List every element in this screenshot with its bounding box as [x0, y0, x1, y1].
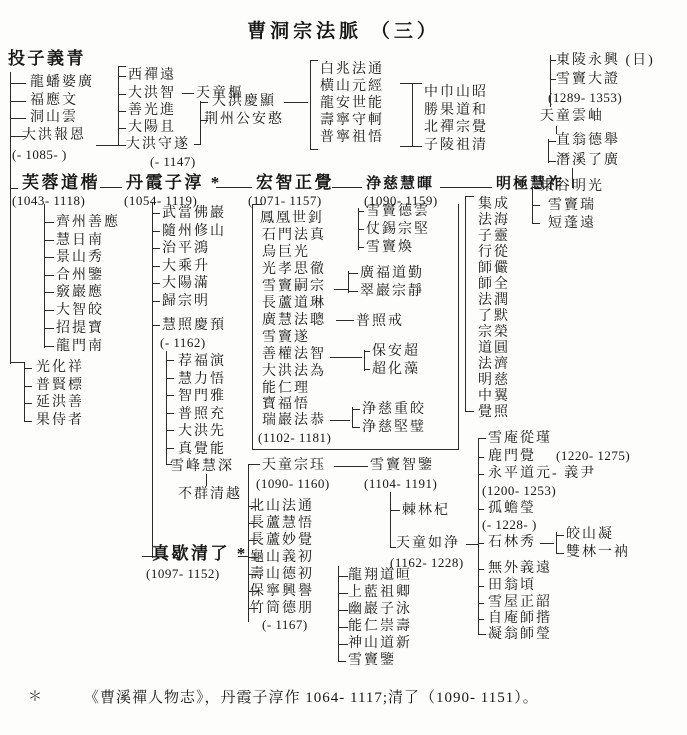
connector-line	[550, 83, 551, 107]
person-node: 天童如浄	[396, 536, 460, 551]
connector-line	[248, 464, 260, 465]
connector-line	[166, 413, 174, 414]
person-node: 大陽且	[128, 120, 176, 135]
person-node: 雪竇嗣宗	[262, 279, 326, 294]
connector-line	[166, 448, 174, 449]
person-node: 竅巖應	[56, 285, 104, 300]
connector-line	[10, 136, 26, 137]
person-node: 福應文	[30, 93, 78, 108]
person-node: 大洪守遂	[126, 137, 190, 152]
person-node: 慧日南	[56, 233, 104, 248]
connector-line	[24, 368, 32, 369]
connector-line	[478, 438, 479, 634]
connector-line	[540, 543, 554, 544]
person-node: 廣福道勤	[360, 266, 424, 281]
person-node: 法濟	[478, 357, 510, 372]
person-node: 雪峰慧深	[170, 459, 234, 474]
person-node: 大洪先	[178, 424, 226, 439]
person-node: 雙林一衲	[566, 545, 630, 560]
connector-line	[152, 266, 160, 267]
connector-line	[118, 145, 126, 146]
connector-line	[478, 634, 486, 635]
person-node: 雪竇德雲	[366, 204, 430, 219]
person-node: 大洪智	[128, 86, 176, 101]
person-node: 大智皎	[56, 303, 104, 318]
person-node: 普寧祖悟	[320, 130, 384, 145]
connector-line	[96, 145, 118, 146]
connector-line	[458, 204, 459, 450]
person-node: 西禪遠	[128, 68, 176, 83]
connector-line	[248, 464, 249, 622]
person-node: 幽巖子泳	[348, 602, 412, 617]
connector-line	[284, 102, 308, 103]
connector-line	[44, 240, 54, 241]
person-node: 上藍祖卿	[348, 585, 412, 600]
connector-line	[352, 407, 353, 428]
connector-line	[478, 543, 484, 544]
connector-line	[352, 427, 360, 428]
connector-line	[142, 556, 152, 557]
person-node: 龍門南	[56, 339, 104, 354]
person-node: 雪竇遂	[262, 330, 310, 345]
person-node: 潛溪了廣	[556, 153, 620, 168]
connector-line	[465, 411, 474, 412]
connector-line	[338, 576, 348, 577]
connector-line	[338, 566, 339, 662]
date-label: (1090- 1160)	[256, 477, 330, 491]
person-node: 普照戒	[356, 314, 404, 329]
person-node: 無外義遠	[488, 561, 552, 576]
connector-line	[478, 619, 484, 620]
person-node: 北山法通	[250, 499, 314, 514]
person-node: 孤蟾瑩	[488, 501, 536, 516]
connector-line	[206, 474, 207, 486]
person-node: 棘林杞	[402, 503, 450, 518]
connector-line	[248, 557, 258, 558]
connector-line	[390, 510, 400, 511]
connector-line	[548, 161, 556, 162]
connector-line	[532, 205, 540, 206]
connector-line	[24, 421, 32, 422]
connector-line	[44, 204, 45, 348]
connector-line	[412, 146, 422, 147]
connector-line	[478, 603, 484, 604]
connector-line	[248, 540, 258, 541]
connector-line	[364, 351, 370, 352]
connector-line	[118, 94, 126, 95]
connector-line	[478, 586, 484, 587]
person-node: 雪竇智鑒	[370, 458, 434, 473]
person-node: 翠巖宗靜	[360, 284, 424, 299]
person-node: 長蘆妙覺	[250, 533, 314, 548]
connector-line	[330, 420, 350, 421]
connector-line	[358, 247, 364, 248]
person-node: 東陵永興 (日)	[556, 53, 655, 68]
person-node: 慧力悟	[178, 372, 226, 387]
person-node: 北禪宗覺	[424, 120, 488, 135]
person-node: 永平道元- 義尹	[488, 466, 596, 481]
connector-line	[44, 222, 54, 223]
person-node: 隨州修山	[162, 224, 226, 239]
connector-line	[10, 72, 11, 364]
connector-line	[310, 60, 311, 150]
connector-line	[118, 66, 126, 67]
person-node: 保寧興譽	[250, 584, 314, 599]
connector-line	[166, 360, 174, 361]
connector-line	[152, 325, 160, 326]
person-node: 田翁頃	[488, 578, 536, 593]
person-node: 龍翔道晅	[348, 568, 412, 583]
person-node: 浄慈堅璧	[362, 420, 426, 435]
person-node: 龍蟠婆廣	[30, 75, 94, 90]
connector-line	[390, 547, 396, 548]
connector-line	[100, 187, 122, 188]
connector-line	[182, 93, 194, 94]
connector-line	[338, 661, 346, 662]
connector-line	[118, 76, 126, 77]
connector-line	[400, 146, 412, 147]
connector-line	[118, 66, 119, 146]
connector-line	[194, 144, 200, 145]
footnote-asterisk: ＊	[28, 686, 42, 706]
person-node: 壽山德初	[250, 567, 314, 582]
person-node: 子靈	[478, 229, 510, 244]
footnote-text: 《曹溪禪人物志》，丹霞子淳作 1064- 1117;清了（1090- 1151）…	[84, 686, 539, 707]
person-node: 雪庵從瑾	[488, 431, 552, 446]
connector-line	[310, 60, 318, 61]
person-node: 鹿門覺	[488, 449, 536, 464]
person-node: 集成	[478, 197, 510, 212]
connector-line	[10, 362, 24, 363]
connector-line	[352, 409, 360, 410]
person-node: 超化藻	[372, 362, 420, 377]
person-node: 荐福演	[178, 354, 226, 369]
person-node: 浄慈重皎	[362, 402, 426, 417]
connector-line	[118, 111, 126, 112]
date-label: (- 1228- )	[482, 518, 537, 532]
person-node: 普賢標	[36, 378, 84, 393]
connector-line	[478, 474, 484, 475]
person-node: 天童雲岫	[540, 109, 604, 124]
person-node: 凝翁師瑩	[488, 627, 552, 642]
person-node: 廣慧法聰	[262, 313, 326, 328]
connector-line	[152, 283, 160, 284]
person-node: 果侍者	[36, 413, 84, 428]
connector-line	[248, 523, 258, 524]
connector-line	[348, 291, 358, 292]
connector-line	[44, 275, 54, 276]
connector-line	[152, 248, 160, 249]
connector-line	[118, 128, 126, 129]
connector-line	[166, 464, 172, 465]
connector-line	[364, 350, 365, 371]
person-node: 荆州公安憨	[204, 112, 284, 127]
person-node: 大乘升	[162, 259, 210, 274]
connector-line	[10, 118, 26, 119]
person-node: 真覺能	[178, 442, 226, 457]
date-label: (1043- 1118)	[12, 194, 85, 208]
connector-line	[330, 357, 362, 358]
person-node: 雪屋正韶	[488, 595, 552, 610]
person-node: 歸宗明	[162, 294, 210, 309]
date-label: (- 1162)	[160, 336, 206, 350]
person-node: 竹筒德朋	[250, 601, 314, 616]
person-node: 法海	[478, 213, 510, 228]
connector-line	[152, 231, 160, 232]
person-node: 雪竇鑒	[348, 653, 396, 668]
person-node: 中翼	[478, 389, 510, 404]
connector-line	[556, 126, 557, 134]
connector-line	[248, 506, 258, 507]
lineage-chart: 曹洞宗法脈 （三） 投子義青龍蟠婆廣福應文洞山雲大洪報恩(- 1085- )西禪…	[0, 0, 687, 735]
person-node: 師全	[478, 277, 510, 292]
person-node: 短蓬遠	[548, 216, 596, 231]
connector-line	[252, 204, 253, 450]
date-label: (1097- 1152)	[146, 567, 220, 581]
page-title: 曹洞宗法脈 （三）	[0, 16, 687, 43]
connector-line	[478, 438, 486, 439]
connector-line	[466, 544, 478, 545]
connector-line	[248, 608, 258, 609]
person-node: 長蘆慧悟	[250, 516, 314, 531]
person-node: 延洪善	[36, 395, 84, 410]
connector-line	[332, 187, 362, 188]
person-node: 智門雅	[178, 389, 226, 404]
connector-line	[44, 257, 54, 258]
person-node: 龜山義初	[250, 550, 314, 565]
date-label: (1104- 1191)	[364, 477, 437, 491]
person-node: 長蘆道琳	[262, 296, 326, 311]
connector-line	[548, 139, 549, 163]
person-node: 大洪報恩	[22, 128, 86, 143]
connector-line	[532, 223, 540, 224]
person-node: 白兆法通	[320, 62, 384, 77]
connector-line	[338, 610, 348, 611]
person-node: 石林秀	[488, 535, 536, 550]
person-node: 浄慈慧暉	[366, 176, 434, 193]
person-node: 師儼	[478, 261, 510, 276]
person-node: 治平鴻	[162, 241, 210, 256]
connector-line	[248, 591, 258, 592]
date-label: (1200- 1253)	[482, 484, 556, 498]
person-node: 了默	[478, 309, 510, 324]
connector-line	[478, 509, 484, 510]
person-node: 道圓	[478, 341, 510, 356]
connector-line	[166, 395, 174, 396]
connector-line	[24, 386, 32, 387]
person-node: 景山秀	[56, 250, 104, 265]
person-node: 行從	[478, 245, 510, 260]
person-node: 雪竇大證	[556, 72, 620, 87]
person-node: 丹霞子淳 *	[126, 174, 222, 193]
connector-line	[248, 574, 258, 575]
person-node: 武當佛巖	[162, 206, 226, 221]
date-label: (- 1147)	[150, 155, 196, 169]
connector-line	[152, 213, 160, 214]
connector-line	[334, 289, 348, 290]
date-label: (- 1085- )	[12, 148, 67, 162]
connector-line	[336, 320, 354, 321]
date-label: (1071- 1157)	[248, 194, 322, 208]
connector-line	[550, 79, 556, 80]
person-node: 壽寧守軻	[320, 113, 384, 128]
person-node: 石門法真	[262, 228, 326, 243]
connector-line	[478, 457, 484, 458]
person-node: 寶福悟	[262, 397, 310, 412]
connector-line	[358, 229, 364, 230]
connector-line	[465, 196, 466, 412]
person-node: 勝果道和	[424, 103, 488, 118]
connector-line	[412, 83, 422, 84]
person-node: 保安超	[372, 344, 420, 359]
connector-line	[166, 378, 174, 379]
connector-line	[532, 187, 540, 188]
connector-line	[216, 187, 252, 188]
connector-line	[152, 301, 160, 302]
person-node: 直翁德舉	[556, 133, 620, 148]
person-node: 横山元經	[320, 79, 384, 94]
person-node: 皎山凝	[566, 527, 614, 542]
connector-line	[364, 369, 370, 370]
connector-line	[10, 101, 26, 102]
connector-line	[556, 553, 564, 554]
person-node: 宏智正覺	[256, 174, 334, 193]
person-node: 光孝思徹	[262, 262, 326, 277]
person-node: 善光進	[128, 103, 176, 118]
person-node: 宗榮	[478, 325, 510, 340]
person-node: 光化祥	[36, 360, 84, 375]
person-node: 真歇清了 *	[152, 545, 248, 564]
connector-line	[24, 403, 32, 404]
connector-line	[44, 292, 54, 293]
connector-line	[252, 204, 262, 205]
connector-line	[390, 492, 391, 548]
person-node: 洞山雲	[30, 110, 78, 125]
person-node: 芙蓉道楷	[22, 174, 100, 193]
person-node: 合州鑒	[56, 268, 104, 283]
connector-line	[200, 101, 201, 145]
connector-line	[338, 593, 348, 594]
connector-line	[44, 310, 54, 311]
date-label: (1102- 1181)	[258, 431, 331, 445]
person-node: 神山道新	[348, 636, 412, 651]
connector-line	[10, 188, 18, 189]
connector-line	[412, 83, 413, 147]
connector-line	[10, 83, 26, 84]
person-node: 子陵祖清	[424, 138, 488, 153]
person-node: 自庵師揩	[488, 611, 552, 626]
connector-line	[348, 271, 349, 293]
person-node: 法潤	[478, 293, 510, 308]
connector-line	[152, 202, 153, 558]
connector-line	[440, 187, 492, 188]
connector-line	[338, 644, 348, 645]
person-node: 能仁理	[262, 381, 310, 396]
connector-line	[252, 449, 459, 450]
connector-line	[166, 430, 174, 431]
connector-line	[348, 273, 358, 274]
person-node: 大洪法為	[262, 364, 326, 379]
date-label: (- 1167)	[262, 618, 308, 632]
person-node: 烏巨光	[262, 245, 310, 260]
person-node: 明慈	[478, 373, 510, 388]
person-node: 投子義青	[8, 50, 86, 69]
person-node: 天童宗珏	[262, 458, 326, 473]
person-node: 雪竇瑞	[548, 198, 596, 213]
person-node: 覺照	[478, 405, 510, 420]
date-label: (1220- 1275)	[556, 449, 630, 463]
person-node: 雪竇煥	[366, 240, 414, 255]
person-node: 中巾山昭	[424, 85, 488, 100]
connector-line	[24, 362, 25, 422]
connector-line	[465, 196, 474, 197]
connector-line	[548, 141, 556, 142]
connector-line	[478, 569, 484, 570]
connector-line	[338, 627, 348, 628]
person-node: 瑞巖法恭	[262, 413, 326, 428]
person-node: 龍安世能	[320, 96, 384, 111]
connector-line	[556, 535, 564, 536]
connector-line	[358, 211, 364, 212]
connector-line	[334, 466, 368, 467]
connector-line	[44, 346, 54, 347]
connector-line	[44, 328, 54, 329]
connector-line	[550, 60, 556, 61]
connector-line	[200, 102, 208, 103]
person-node: 大陽滿	[162, 276, 210, 291]
person-node: 招提寶	[56, 321, 104, 336]
person-node: 不群清越	[178, 487, 242, 502]
connector-line	[400, 83, 412, 84]
person-node: 能仁崇壽	[348, 619, 412, 634]
person-node: 齊州善應	[56, 215, 120, 230]
connector-line	[238, 556, 248, 557]
connector-line	[200, 120, 208, 121]
person-node: 善權法智	[262, 347, 326, 362]
person-node: 仗錫宗堅	[366, 222, 430, 237]
person-node: 慧照慶預	[162, 318, 226, 333]
person-node: 大洪慶顯	[212, 94, 276, 109]
person-node: 普照充	[178, 407, 226, 422]
person-node: 鳳凰世釗	[260, 211, 324, 226]
connector-line	[310, 149, 318, 150]
connector-line	[572, 168, 573, 188]
date-label: (1289- 1353)	[548, 91, 622, 105]
